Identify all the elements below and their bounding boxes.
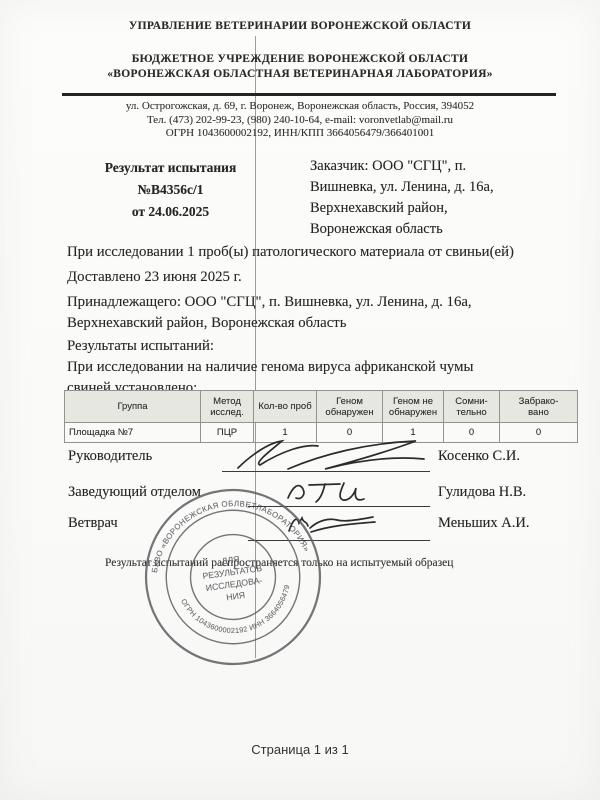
lab-test-report-page: УПРАВЛЕНИЕ ВЕТЕРИНАРИИ ВОРОНЕЖСКОЙ ОБЛАС… (0, 0, 600, 800)
header-divider (62, 93, 556, 96)
results-label: Результаты испытаний: (67, 336, 367, 357)
institution-name-line2: «ВОРОНЕЖСКАЯ ОБЛАСТНАЯ ВЕТЕРИНАРНАЯ ЛАБО… (0, 68, 600, 80)
signature-line (248, 540, 430, 541)
col-header-method: Метод исслед. (201, 391, 254, 423)
customer-block: Заказчик: ООО "СГЦ", п. Вишневка, ул. Ле… (310, 156, 505, 240)
address-line: ул. Острогожская, д. 69, г. Воронеж, Вор… (0, 100, 600, 114)
delivered-line: Доставлено 23 июня 2025 г. (67, 267, 467, 288)
handwritten-signature-vet (283, 510, 377, 538)
authority-name: УПРАВЛЕНИЕ ВЕТЕРИНАРИИ ВОРОНЕЖСКОЙ ОБЛАС… (0, 20, 600, 32)
stamp-numbers-text: ОГРН 1043600002192 ИНН 3664056479 (179, 583, 298, 643)
cell-group: Площадка №7 (65, 423, 201, 443)
col-header-genome-detected: Геном обнаружен (317, 391, 383, 423)
result-number: №В4356с/1 (58, 179, 283, 201)
table-header-row: Группа Метод исслед. Кол-во проб Геном о… (65, 391, 578, 423)
institution-name-line1: БЮДЖЕТНОЕ УЧРЕЖДЕНИЕ ВОРОНЕЖСКОЙ ОБЛАСТИ (0, 53, 600, 65)
signature-line (248, 506, 430, 507)
research-line: При исследовании 1 проб(ы) патологическо… (67, 242, 562, 263)
handwritten-signature-dept (282, 476, 366, 506)
signatory-role-vet: Ветврач (68, 515, 118, 532)
phone-email-line: Тел. (473) 202-99-23, (980) 240-10-64, e… (0, 114, 600, 128)
stamp-outer-circle (135, 479, 331, 675)
stamp-inner-line4: НИЯ (226, 590, 246, 603)
col-header-group: Группа (65, 391, 201, 423)
col-header-doubtful: Сомни- тельно (444, 391, 500, 423)
result-date: от 24.06.2025 (58, 201, 283, 223)
col-header-genome-not-detected: Геном не обнаружен (383, 391, 444, 423)
stamp-inner-circle (185, 529, 281, 625)
contact-block: ул. Острогожская, д. 69, г. Воронеж, Вор… (0, 100, 600, 141)
handwritten-signature-head (228, 436, 430, 474)
signatory-name-vet: Меньших А.И. (438, 515, 530, 532)
col-header-sample-count: Кол-во проб (254, 391, 317, 423)
registration-line: ОГРН 1043600002192, ИНН/КПП 3664056479/3… (0, 127, 600, 141)
cell-rejected: 0 (500, 423, 578, 443)
disclaimer-note: Результат испытаний распространяется тол… (105, 557, 525, 569)
signatory-role-head: Руководитель (68, 448, 152, 465)
page-number: Страница 1 из 1 (0, 742, 600, 757)
col-header-rejected: Забрако- вано (500, 391, 578, 423)
signatory-name-head: Косенко С.И. (438, 448, 520, 465)
signatory-role-dept: Заведующий отделом (68, 484, 201, 501)
cell-doubtful: 0 (444, 423, 500, 443)
result-title: Результат испытания (58, 157, 283, 179)
owner-line: Принадлежащего: ООО "СГЦ", п. Вишневка, … (67, 292, 517, 334)
signatory-name-dept: Гулидова Н.В. (438, 484, 526, 501)
result-number-block: Результат испытания №В4356с/1 от 24.06.2… (58, 157, 283, 223)
